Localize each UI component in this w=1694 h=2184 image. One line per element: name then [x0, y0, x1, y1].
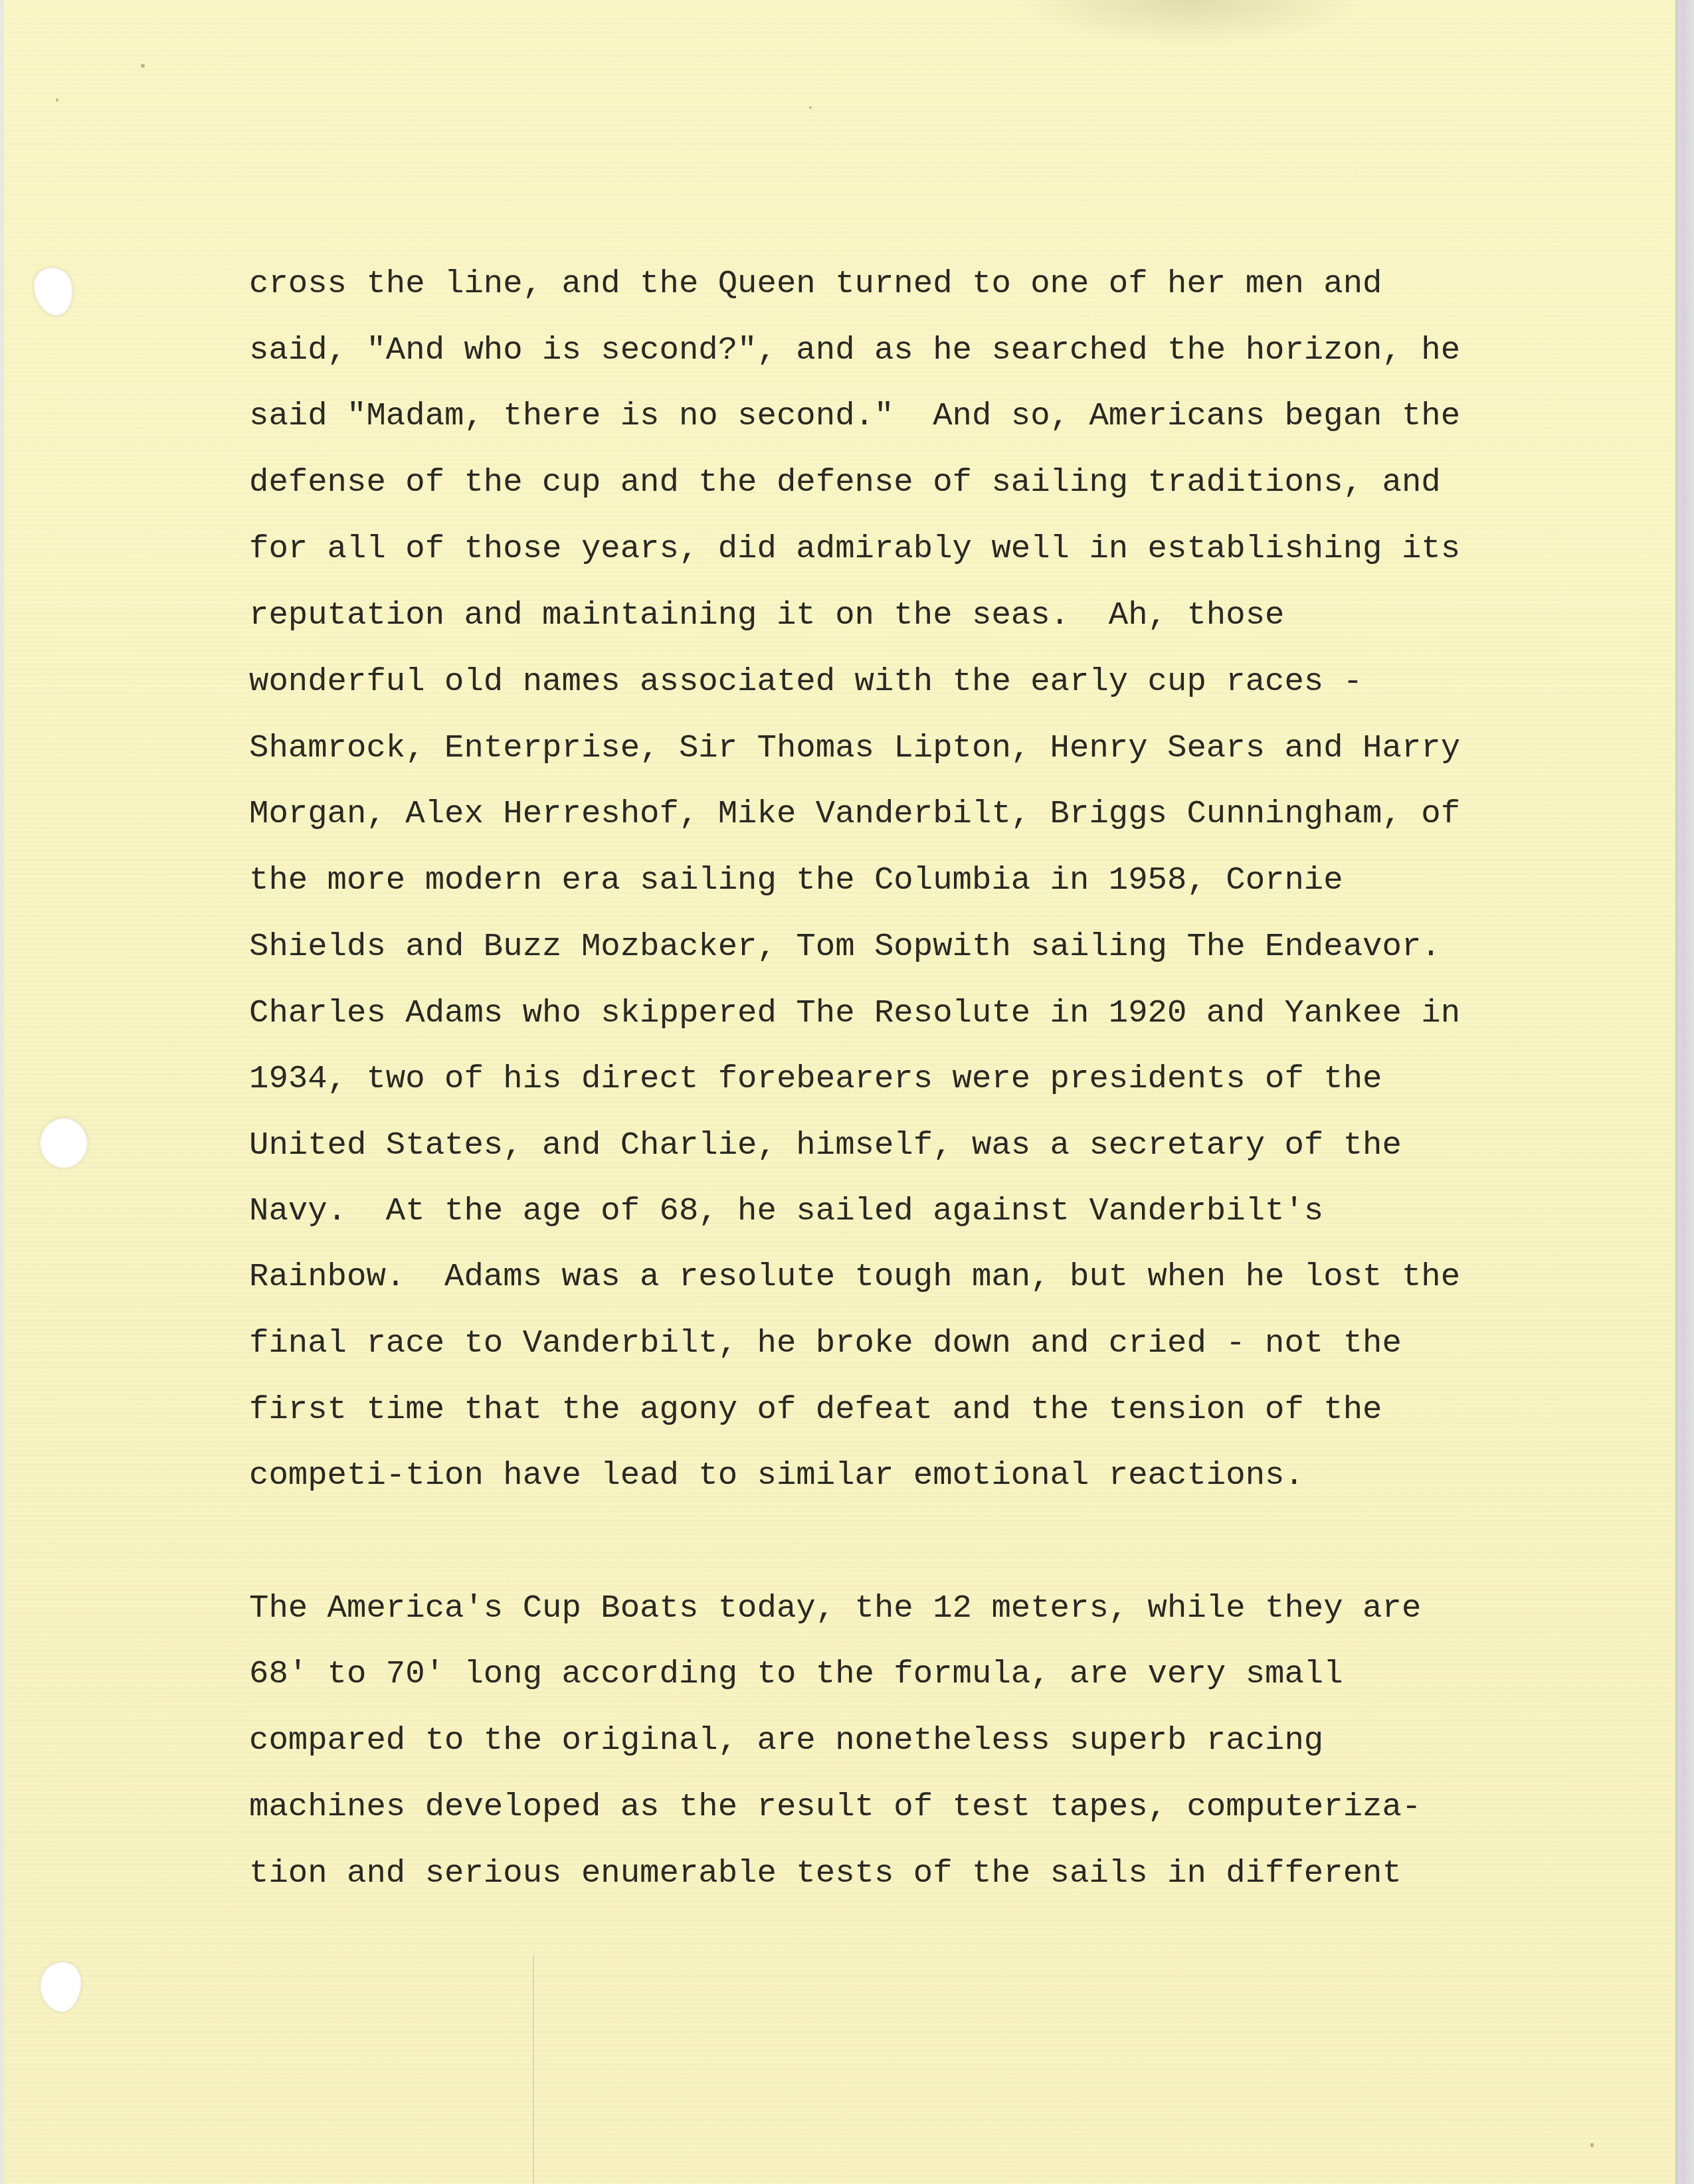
paper-speck [809, 106, 812, 109]
text-line: tion and serious enumerable tests of the… [249, 1853, 1402, 1893]
text-line: The America's Cup Boats today, the 12 me… [249, 1588, 1421, 1628]
text-line: United States, and Charlie, himself, was… [249, 1125, 1402, 1165]
text-line: 1934, two of his direct forebearers were… [249, 1059, 1382, 1099]
binder-hole-bottom-icon [37, 1959, 84, 2015]
text-line: wonderful old names associated with the … [249, 662, 1363, 701]
text-line: the more modern era sailing the Columbia… [249, 860, 1343, 900]
text-line: for all of those years, did admirably we… [249, 529, 1460, 569]
text-line: competi-tion have lead to similar emotio… [249, 1455, 1304, 1495]
scan-right-edge [1675, 0, 1694, 2184]
binder-hole-middle-icon [40, 1118, 88, 1168]
body-text: cross the line, and the Queen turned to … [249, 0, 366, 1265]
text-line: Shamrock, Enterprise, Sir Thomas Lipton,… [249, 728, 1460, 768]
text-line: Shields and Buzz Mozbacker, Tom Sopwith … [249, 927, 1441, 966]
text-line: reputation and maintaining it on the sea… [249, 595, 1284, 635]
paper-speck [141, 64, 145, 68]
text-line: cross the line, and the Queen turned to … [249, 264, 1382, 304]
text-line: 68' to 70' long according to the formula… [249, 1654, 1343, 1694]
text-line: machines developed as the result of test… [249, 1787, 1421, 1827]
text-line: said, "And who is second?", and as he se… [249, 330, 1460, 370]
text-line: Rainbow. Adams was a resolute tough man,… [249, 1257, 1460, 1297]
text-line: final race to Vanderbilt, he broke down … [249, 1323, 1402, 1363]
paper-speck [56, 98, 58, 102]
text-line: said "Madam, there is no second." And so… [249, 396, 1460, 436]
text-line: compared to the original, are nonetheles… [249, 1720, 1323, 1760]
text-line: first time that the agony of defeat and … [249, 1390, 1382, 1429]
text-line: Navy. At the age of 68, he sailed agains… [249, 1191, 1323, 1231]
scan-artifact-line [533, 1956, 534, 2184]
text-line: defense of the cup and the defense of sa… [249, 462, 1441, 502]
typewritten-page: cross the line, and the Queen turned to … [0, 0, 1675, 2184]
text-line: Morgan, Alex Herreshof, Mike Vanderbilt,… [249, 794, 1460, 834]
text-line: Charles Adams who skippered The Resolute… [249, 993, 1460, 1033]
scan-left-edge [0, 0, 4, 2184]
paper-speck [1590, 2143, 1594, 2147]
binder-hole-top-icon [30, 264, 78, 319]
paragraph-1: cross the line, and the Queen turned to … [249, 74, 366, 856]
